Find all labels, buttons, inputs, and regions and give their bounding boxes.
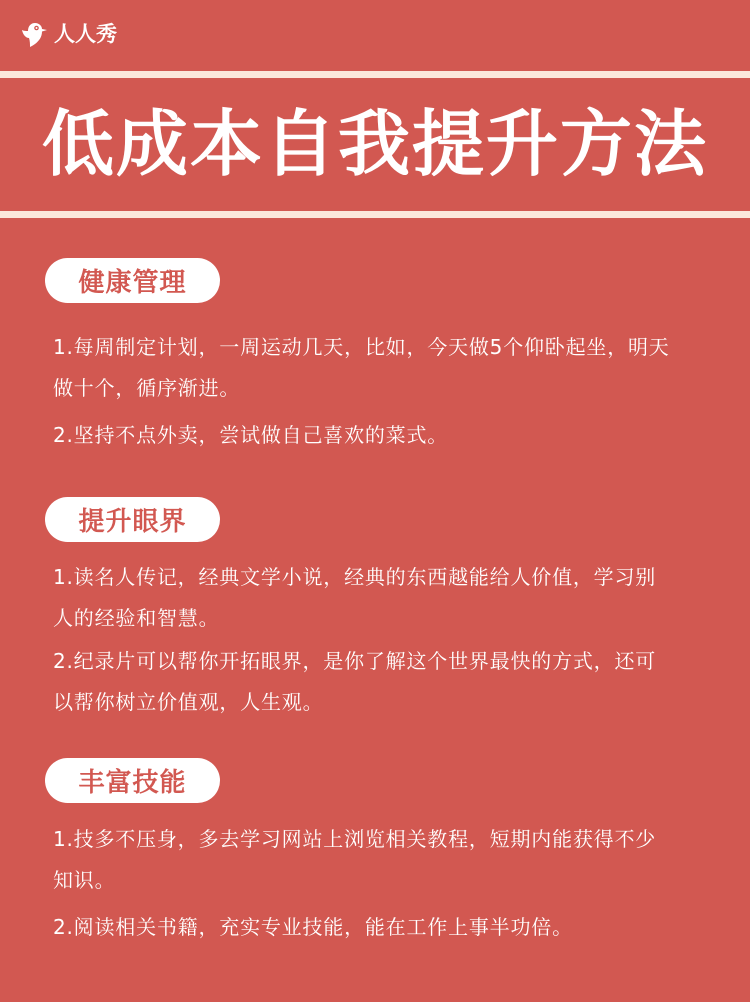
brand-logo: 人人秀	[20, 19, 117, 49]
section-item: 1.读名人传记，经典文学小说，经典的东西越能给人价值，学习别人的经验和智慧。	[53, 557, 673, 639]
section-item: 2.坚持不点外卖，尝试做自己喜欢的菜式。	[53, 415, 673, 456]
section-heading-skills: 丰富技能	[45, 758, 220, 803]
section-item: 2.阅读相关书籍，充实专业技能，能在工作上事半功倍。	[53, 907, 673, 948]
section-item: 1.技多不压身，多去学习网站上浏览相关教程，短期内能获得不少知识。	[53, 819, 673, 901]
section-heading-health: 健康管理	[45, 258, 220, 303]
section-item: 1.每周制定计划，一周运动几天，比如，今天做5个仰卧起坐，明天做十个，循序渐进。	[53, 327, 673, 409]
brand-name: 人人秀	[54, 19, 117, 49]
title-top-divider	[0, 71, 750, 78]
section-item: 2.纪录片可以帮你开拓眼界，是你了解这个世界最快的方式，还可以帮你树立价值观，人…	[53, 641, 673, 723]
section-heading-horizons: 提升眼界	[45, 497, 220, 542]
title-bottom-divider	[0, 211, 750, 218]
bird-icon	[20, 19, 50, 49]
page-title: 低成本自我提升方法	[0, 100, 750, 188]
